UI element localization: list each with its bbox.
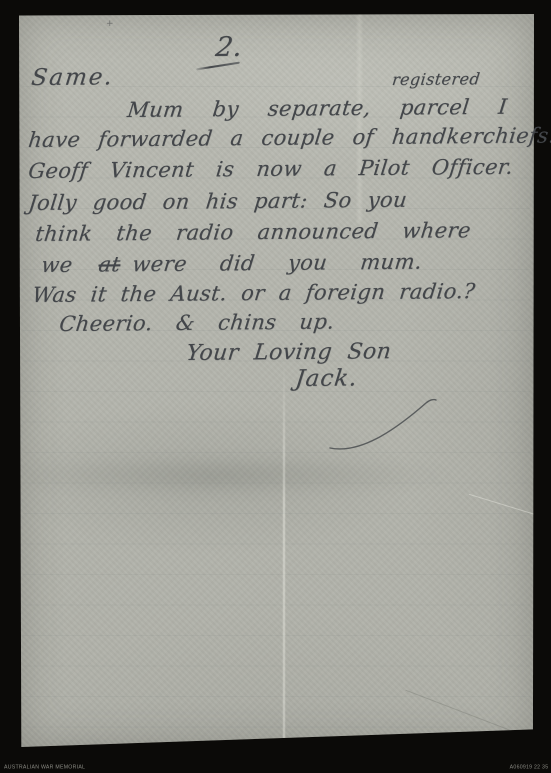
strike-line-pre: we — [40, 253, 74, 277]
pen-flourish — [322, 391, 447, 455]
letter-line: Cheerio. & chins up. — [58, 310, 336, 336]
vertical-fold-crease — [283, 360, 285, 747]
letter-line: think the radio announced where — [34, 218, 472, 246]
letter-line: Mum by separate, parcel I — [126, 95, 509, 122]
letter-line-opening: Same. — [30, 64, 115, 91]
pen-mark: + — [106, 19, 114, 29]
archive-caption-left: AUSTRALIAN WAR MEMORIAL — [4, 764, 85, 770]
letter-line: have forwarded a couple of handkerchiefs… — [27, 123, 551, 152]
struck-out-word: at — [97, 252, 122, 276]
paper-smudge — [29, 454, 459, 496]
strike-line-post: were did you mum. — [131, 250, 423, 277]
signature: Jack. — [294, 365, 359, 392]
letter-line: Was it the Aust. or a foreign radio.? — [31, 279, 477, 307]
inserted-word-registered: registered — [391, 69, 481, 89]
valediction: Your Loving Son — [185, 339, 393, 366]
letter-line: Jolly good on his part: So you — [27, 188, 408, 215]
page-number: 2. — [214, 32, 244, 63]
letter-line-with-strikeout: weatwere did you mum. — [40, 250, 423, 277]
scanned-letter-frame: + 2. Same. registered Mum by separate, p… — [0, 0, 551, 773]
archive-caption-right: A060919 22 35 — [509, 764, 548, 770]
letter-line: Geoff Vincent is now a Pilot Officer. — [27, 155, 515, 183]
